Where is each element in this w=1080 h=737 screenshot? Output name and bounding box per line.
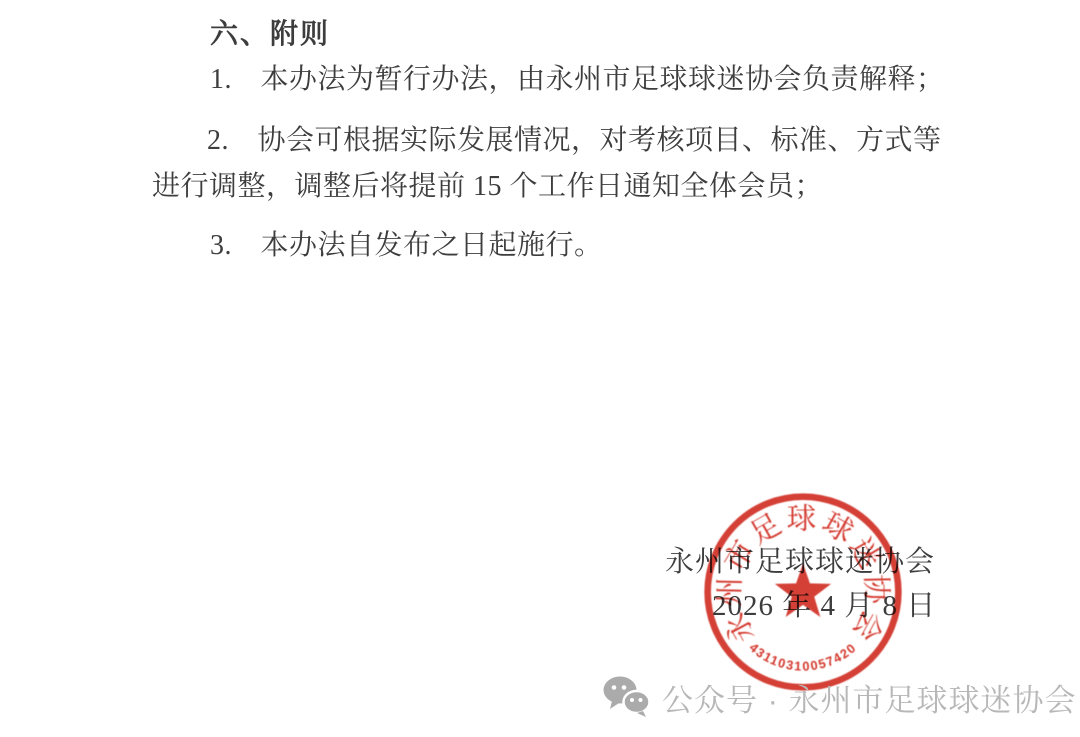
document-page: 六、附则 1. 本办法为暂行办法，由永州市足球球迷协会负责解释； 2. 协会可根… xyxy=(0,0,1080,737)
watermark: 公众号 · 永州市足球球迷协会 xyxy=(602,672,1077,722)
paragraph-3: 3. 本办法自发布之日起施行。 xyxy=(210,223,603,263)
section-heading: 六、附则 xyxy=(210,12,330,52)
paragraph-1: 1. 本办法为暂行办法，由永州市足球球迷协会负责解释； xyxy=(210,57,945,97)
seal-code-number: 43110310057420 xyxy=(747,640,860,674)
official-seal-stamp: 永州市足球球迷协会 43110310057420 xyxy=(701,490,905,694)
wechat-icon xyxy=(602,675,652,719)
seal-star-icon xyxy=(775,563,831,617)
paragraph-2-line-1: 2. 协会可根据实际发展情况，对考核项目、标准、方式等 xyxy=(207,118,942,158)
seal-graphic: 永州市足球球迷协会 43110310057420 xyxy=(701,490,905,694)
paragraph-2-line-2: 进行调整，调整后将提前 15 个工作日通知全体会员； xyxy=(152,164,823,204)
watermark-text: 公众号 · 永州市足球球迷协会 xyxy=(662,675,1077,720)
